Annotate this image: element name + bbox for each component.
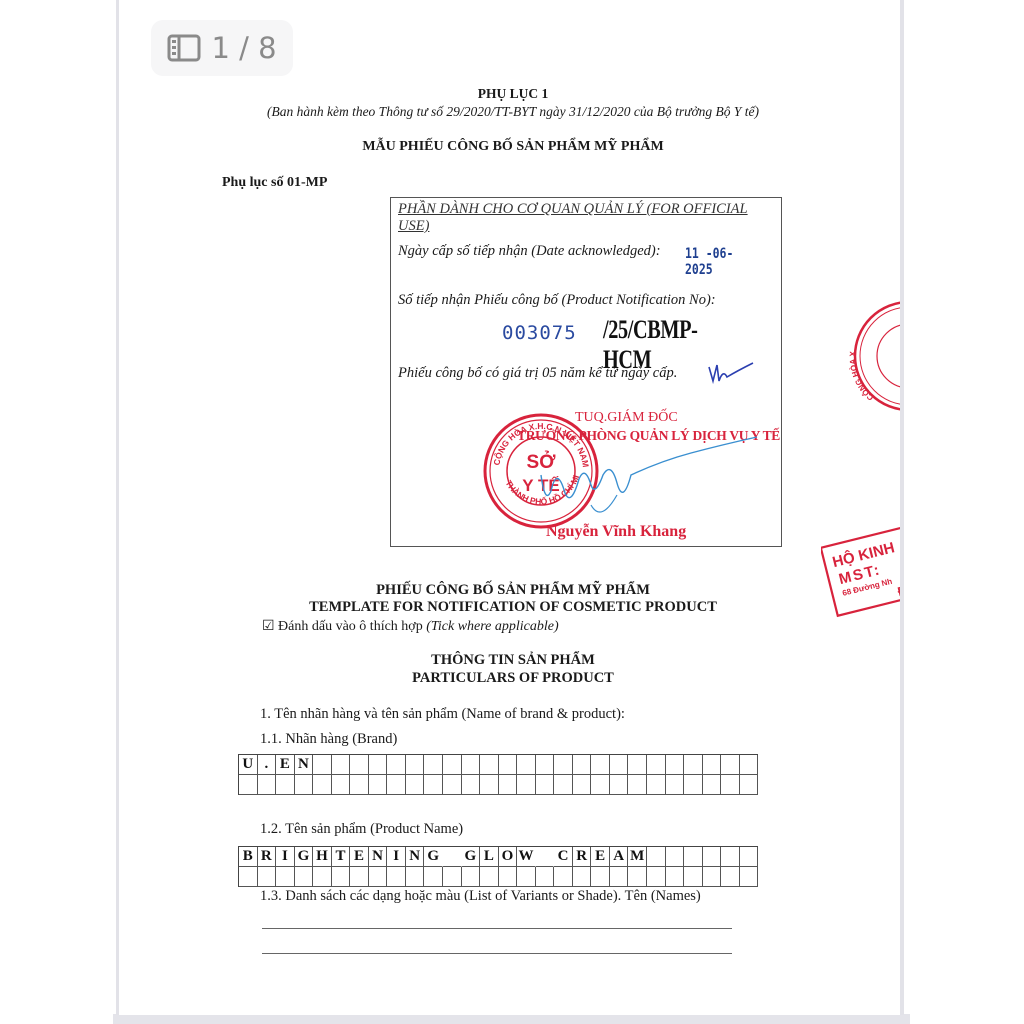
tick-note-en: (Tick where applicable) [426,619,558,634]
grid-cell[interactable]: H [313,847,332,867]
grid-cell[interactable] [554,755,573,775]
grid-cell[interactable]: N [406,847,425,867]
grid-cell[interactable] [480,867,499,887]
grid-cell[interactable] [443,867,462,887]
grid-cell[interactable] [647,755,666,775]
grid-cell[interactable] [666,847,685,867]
brand-label: 1.1. Nhãn hàng (Brand) [260,731,397,748]
grid-cell[interactable]: E [276,755,295,775]
grid-cell[interactable] [684,755,703,775]
grid-cell[interactable] [647,847,666,867]
grid-cell[interactable] [239,775,258,795]
annex-number: Phụ lục số 01-MP [222,175,327,191]
grid-cell[interactable]: G [424,847,443,867]
grid-cell[interactable]: G [295,847,314,867]
validity-note: Phiếu công bố có giá trị 05 năm kể từ ng… [398,365,677,382]
grid-cell[interactable]: B [239,847,258,867]
grid-cell[interactable] [387,775,406,795]
grid-cell[interactable] [443,847,462,867]
grid-cell[interactable] [554,867,573,887]
grid-cell[interactable] [369,755,388,775]
grid-cell[interactable] [424,867,443,887]
grid-cell[interactable]: O [499,847,518,867]
grid-cell[interactable] [295,775,314,795]
grid-cell[interactable] [258,867,277,887]
grid-cell[interactable] [332,867,351,887]
grid-cell[interactable] [647,775,666,795]
appendix-title: PHỤ LỤC 1 [119,86,904,102]
form-title: MẪU PHIẾU CÔNG BỐ SẢN PHẨM MỸ PHẨM [119,139,904,155]
grid-cell[interactable]: E [350,847,369,867]
grid-cell[interactable] [536,867,555,887]
grid-cell[interactable] [740,775,759,795]
tick-note-vi: ☑ Đánh dấu vào ô thích hợp [262,619,423,634]
grid-cell[interactable]: U [239,755,258,775]
grid-cell[interactable] [684,867,703,887]
signer-name: Nguyễn Vĩnh Khang [546,523,686,541]
grid-cell[interactable] [703,775,722,795]
grid-cell[interactable] [313,755,332,775]
grid-cell[interactable] [666,775,685,795]
grid-cell[interactable] [462,755,481,775]
signature-icon [531,435,761,525]
edge-round-stamp-icon: CỘNG HÒA X. [847,298,904,418]
grid-cell[interactable] [332,755,351,775]
grid-cell[interactable] [684,775,703,795]
issued-with-note: (Ban hành kèm theo Thông tư số 29/2020/T… [119,104,904,120]
grid-cell[interactable] [462,867,481,887]
official-use-box: PHẦN DÀNH CHO CƠ QUAN QUẢN LÝ (FOR OFFIC… [390,197,782,547]
grid-cell[interactable] [480,775,499,795]
grid-cell[interactable] [276,867,295,887]
handwritten-initials-icon [707,359,757,389]
grid-cell[interactable]: . [258,755,277,775]
variants-line-2[interactable] [262,953,732,954]
grid-cell[interactable] [369,775,388,795]
grid-cell[interactable] [443,755,462,775]
variants-line-1[interactable] [262,928,732,929]
grid-cell[interactable] [406,775,425,795]
grid-cell[interactable] [721,867,740,887]
grid-cell[interactable] [721,847,740,867]
grid-cell[interactable] [276,775,295,795]
grid-cell[interactable] [313,867,332,887]
date-acknowledged-value: 11 -06- 2025 [685,246,764,278]
grid-cell[interactable] [517,755,536,775]
grid-cell[interactable] [666,755,685,775]
grid-cell[interactable] [703,847,722,867]
grid-cell[interactable] [387,867,406,887]
date-acknowledged-label: Ngày cấp số tiếp nhận (Date acknowledged… [398,243,661,260]
grid-cell[interactable] [424,755,443,775]
grid-cell[interactable]: W [517,847,536,867]
grid-cell[interactable] [666,867,685,887]
grid-cell[interactable] [573,867,592,887]
grid-cell[interactable] [499,775,518,795]
grid-cell[interactable] [628,775,647,795]
grid-cell[interactable] [406,755,425,775]
grid-cell[interactable] [239,867,258,887]
grid-cell[interactable] [684,847,703,867]
grid-cell[interactable]: L [480,847,499,867]
grid-cell[interactable] [628,867,647,887]
grid-cell[interactable]: M [628,847,647,867]
grid-cell[interactable] [443,775,462,795]
grid-cell[interactable] [313,775,332,795]
grid-cell[interactable]: C [554,847,573,867]
grid-cell[interactable] [610,775,629,795]
grid-cell[interactable] [554,775,573,795]
grid-cell[interactable] [350,867,369,887]
grid-cell[interactable] [740,867,759,887]
grid-cell[interactable] [721,775,740,795]
grid-cell[interactable] [406,867,425,887]
grid-cell[interactable]: G [462,847,481,867]
grid-cell[interactable] [721,755,740,775]
section-title-vi: PHIẾU CÔNG BỐ SẢN PHẨM MỸ PHẨM [119,582,904,599]
grid-cell[interactable] [369,867,388,887]
grid-cell[interactable] [332,775,351,795]
grid-cell[interactable] [387,755,406,775]
grid-cell[interactable]: R [573,847,592,867]
grid-cell[interactable]: I [387,847,406,867]
svg-text:CỘNG HÒA X.: CỘNG HÒA X. [848,348,875,402]
grid-cell[interactable] [258,775,277,795]
grid-cell[interactable] [517,867,536,887]
grid-cell[interactable] [350,755,369,775]
grid-cell[interactable]: N [295,755,314,775]
question-1-label: 1. Tên nhãn hàng và tên sản phẩm (Name o… [260,706,625,723]
grid-cell[interactable] [536,755,555,775]
notification-number: 003075 [502,322,577,344]
grid-cell[interactable] [462,775,481,795]
grid-cell[interactable] [703,755,722,775]
document-page: PHỤ LỤC 1 (Ban hành kèm theo Thông tư số… [116,0,904,1015]
grid-cell[interactable] [424,775,443,795]
grid-cell[interactable]: T [332,847,351,867]
grid-cell[interactable]: E [591,847,610,867]
grid-cell[interactable]: R [258,847,277,867]
grid-cell[interactable] [499,867,518,887]
particulars-title-vi: THÔNG TIN SẢN PHẨM [119,652,904,669]
sidebar-panel-icon[interactable] [167,34,201,62]
grid-cell[interactable] [573,755,592,775]
viewer-background [113,1014,910,1024]
grid-cell[interactable] [703,867,722,887]
grid-cell[interactable] [536,847,555,867]
grid-cell[interactable] [610,867,629,887]
page-counter-label: 1 / 8 [211,31,276,65]
grid-cell[interactable]: N [369,847,388,867]
grid-cell[interactable] [628,755,647,775]
grid-cell[interactable] [740,755,759,775]
particulars-title-en: PARTICULARS OF PRODUCT [119,670,904,687]
page-counter[interactable]: 1 / 8 [151,20,293,76]
grid-cell[interactable] [499,755,518,775]
grid-cell[interactable] [480,755,499,775]
product-name-label: 1.2. Tên sản phẩm (Product Name) [260,821,463,838]
product-name-letter-grid[interactable]: BRIGHTENING GLOW CREAM [238,846,758,887]
tick-note: ☑ Đánh dấu vào ô thích hợp (Tick where a… [262,618,559,635]
grid-cell[interactable] [295,867,314,887]
grid-cell[interactable] [610,755,629,775]
grid-cell[interactable] [740,847,759,867]
grid-cell[interactable]: A [610,847,629,867]
brand-letter-grid[interactable]: U.EN [238,754,758,795]
grid-cell[interactable] [350,775,369,795]
grid-cell[interactable] [573,775,592,795]
grid-cell[interactable] [647,867,666,887]
grid-cell[interactable] [591,775,610,795]
grid-cell[interactable] [517,775,536,795]
grid-cell[interactable] [591,867,610,887]
variants-label: 1.3. Danh sách các dạng hoặc màu (List o… [260,888,701,905]
notification-no-label: Số tiếp nhận Phiếu công bố (Product Noti… [398,292,716,309]
grid-cell[interactable] [536,775,555,795]
grid-cell[interactable]: I [276,847,295,867]
grid-cell[interactable] [591,755,610,775]
section-title-en: TEMPLATE FOR NOTIFICATION OF COSMETIC PR… [119,599,904,616]
official-use-heading: PHẦN DÀNH CHO CƠ QUAN QUẢN LÝ (FOR OFFIC… [398,201,778,235]
